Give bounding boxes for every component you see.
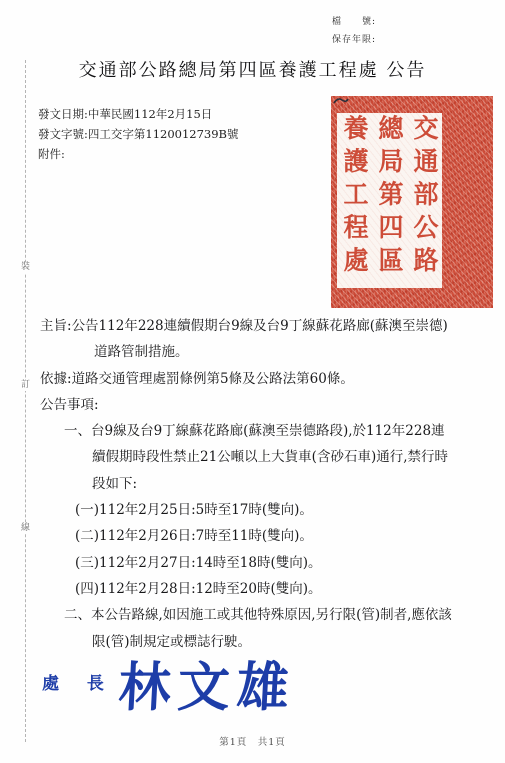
item-1-text: 台9線及台9丁線蘇花路廊(蘇澳至崇德路段),於112年228連續假期時段性禁止2… [91,423,448,492]
seal-column-right: 交通部公路 [412,114,437,286]
basis-paragraph: 依據:道路交通管理處罰條例第5條及公路法第60條。 [40,366,458,392]
subitem-1: (一)112年2月25日:5時至17時(雙向)。 [75,497,458,523]
basis-label: 依據: [40,371,72,387]
attachment-line: 附件: [38,144,239,164]
item-2-number: 二、 [64,607,91,623]
binding-mark-zhuang: 裝 [19,262,32,273]
signature-block: 處 長 林文雄 [42,645,296,720]
seal-inner-panel: 養護工程處 總局第四區 交通部公路 [337,113,442,288]
announcement-body: 主旨:公告112年228連續假期台9線及台9丁線蘇花路廊(蘇澳至崇德)道路管制措… [40,313,458,655]
retention-period-label: 保存年限: [332,31,376,49]
item-1: 一、台9線及台9丁線蘇花路廊(蘇澳至崇德路段),於112年228連續假期時段性禁… [40,418,458,497]
subitem-2: (二)112年2月26日:7時至11時(雙向)。 [75,523,458,549]
issue-date-line: 發文日期:中華民國112年2月15日 [38,104,239,124]
subject-text: 公告112年228連續假期台9線及台9丁線蘇花路廊(蘇澳至崇德)道路管制措施。 [72,318,448,360]
archive-block: 檔 號: 保存年限: [332,13,376,49]
binding-mark-ding: 訂 [19,380,32,391]
document-title: 交通部公路總局第四區養護工程處 公告 [0,56,505,82]
doc-number-line: 發文字號:四工交字第1120012739B號 [38,124,239,144]
subject-paragraph: 主旨:公告112年228連續假期台9線及台9丁線蘇花路廊(蘇澳至崇德)道路管制措… [40,313,458,366]
binding-mark-xian: 線 [19,523,32,534]
page-number: 第1頁 共1頁 [0,734,505,748]
item-1-number: 一、 [64,423,91,439]
seal-column-middle: 總局第四區 [377,114,402,286]
seal-column-left: 養護工程處 [342,114,367,286]
item-2-text: 本公告路線,如因施工或其他特殊原因,另行限(管)制者,應依該限(管)制規定或標誌… [91,607,452,649]
director-title: 處 長 [42,669,115,694]
subitem-4: (四)112年2月28日:12時至20時(雙向)。 [75,576,458,602]
subitem-3: (三)112年2月27日:14時至18時(雙向)。 [75,550,458,576]
meta-block: 發文日期:中華民國112年2月15日 發文字號:四工交字第1120012739B… [38,104,239,164]
pen-mark-icon [333,91,349,110]
announcement-document: 裝 訂 線 檔 號: 保存年限: 交通部公路總局第四區養護工程處 公告 發文日期… [0,0,505,763]
basis-text: 道路交通管理處罰條例第5條及公路法第60條。 [72,371,354,387]
file-number-label: 檔 號: [332,13,376,31]
subject-label: 主旨: [40,318,72,334]
binding-dashed-line [25,60,26,742]
items-heading: 公告事項: [40,392,458,418]
director-signature: 林文雄 [117,644,298,721]
official-red-seal: 養護工程處 總局第四區 交通部公路 [331,96,493,308]
